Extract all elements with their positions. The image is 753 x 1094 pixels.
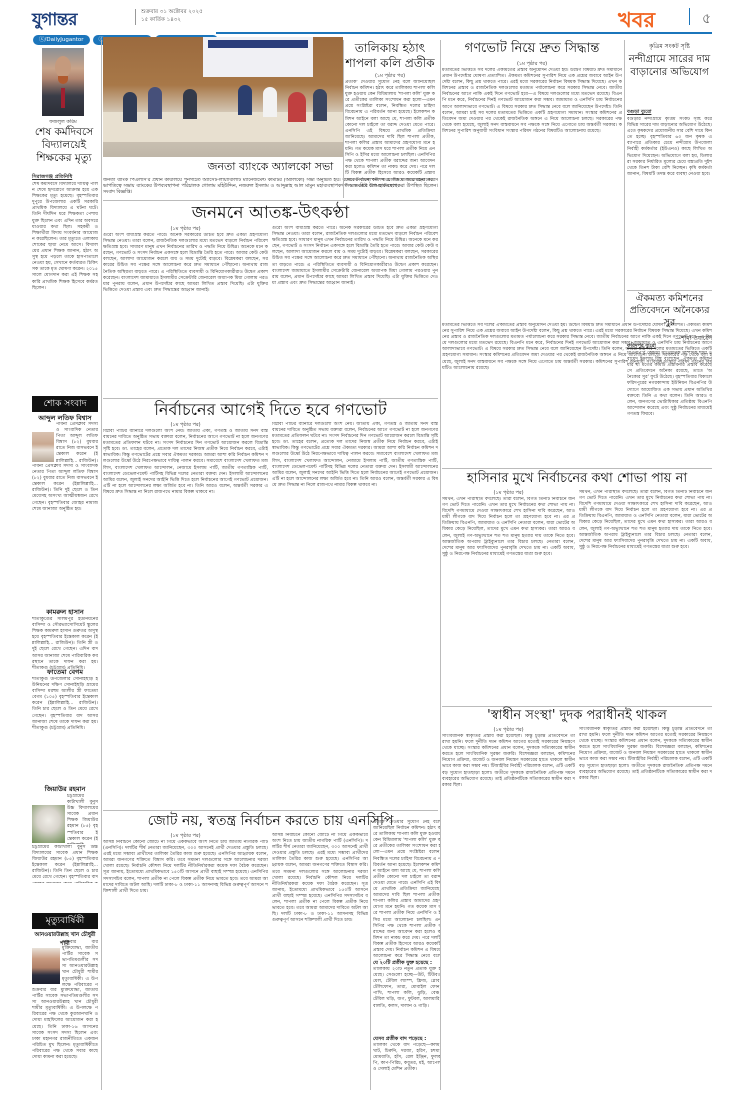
obituary-body: পাবনা প্রেসক্লাব সদস্য ও সাংবাদিক নেতার … xyxy=(56,422,98,464)
anniversary-body-cont: শুক্রবার বীর মুক্তিযোদ্ধা, জাতীয় পার্টি… xyxy=(32,988,98,1082)
sub-head-removed-symbols: যেসব প্রতীক বাদ পড়েছে : xyxy=(373,1036,441,1042)
article-body-col2: সাংবিধানিক স্বীকৃতির প্রস্তাব করা হয়েছি… xyxy=(579,727,712,1090)
date-gregorian: শুক্রবার ৩১ অক্টোবর ২০২৫ xyxy=(141,9,203,17)
added-symbols-list: তালিকায় ২০টি নতুন প্রতীক যুক্ত হয়েছে। … xyxy=(373,967,441,1035)
headline-talikay-line2[interactable]: শাপলা কলি প্রতীক xyxy=(345,57,435,71)
headline-gonovote[interactable]: গণভোট নিয়ে দ্রুত সিদ্ধান্ত xyxy=(442,42,622,57)
continued-label: (১ম পৃষ্ঠার পর) xyxy=(442,61,622,68)
divider xyxy=(442,468,712,469)
article-body: বিপ্লবী পার্টির ব্যানারে দলগুলো অংশ নেয়… xyxy=(103,429,268,805)
headline-oikkomotto[interactable]: ঐকমত্য কমিশনের প্রতিবেদনে অনৈক্যের সুর xyxy=(627,293,712,329)
continued-label: (১ম পৃষ্ঠার পর) xyxy=(103,833,268,840)
article-body: বগুড়ার নন্দীগ্রামে কৃত্রিম সংকট সৃষ্টি … xyxy=(627,117,712,289)
divider xyxy=(103,398,438,399)
obituary-section-header: শোক সংবাদ xyxy=(32,396,98,412)
continued-label: (১ম পৃষ্ঠার পর) xyxy=(442,490,575,497)
teacher-photo xyxy=(42,48,84,116)
janata-bank-meeting-photo xyxy=(103,37,343,157)
article-body: মতামতের ভিত্তিতে সব দলের ঐক্যমতের প্রস্ত… xyxy=(442,68,622,323)
twitter-link[interactable]: ⓧ/DailyJugantor xyxy=(33,35,90,45)
headline-nirbachoner-agei[interactable]: নির্বাচনের আগেই দিতে হবে গণভোট xyxy=(103,401,438,419)
obituary-body: শীতাকুণ্ড উপজেলার সোনাইছড়ি ইউনিয়নের দক… xyxy=(32,677,98,743)
sub-head-added-symbols: যে ২০টি প্রতীক যুক্ত হয়েছে : xyxy=(373,960,441,966)
obituary-body: চট্টগ্রামের কাটাখালী বুনুস উচ্চ বিদ্যালয… xyxy=(67,794,98,844)
divider xyxy=(627,290,712,291)
anniversary-section-header: মৃত্যুবার্ষিকী xyxy=(32,913,98,929)
obituary-name: কামরুল হাসান xyxy=(32,608,98,617)
removed-symbols-list: তালিকা থেকে বাদ পড়েছে—কলম, খাট, চিরুনি,… xyxy=(373,1043,441,1090)
column-divider xyxy=(370,820,371,1090)
article-body: আসন্ন নির্বাচনে কোনো জোটে না গিয়ে এককভা… xyxy=(103,840,268,1090)
continued-label: (১ম পৃষ্ঠার পর) xyxy=(442,727,575,734)
obituary-body: শীতাকুণ্ডের সলিমপুর ইউনিয়নের বাসিন্দা ও… xyxy=(32,617,98,669)
byline: বগুড়া ব্যুরো xyxy=(627,109,651,116)
obituary-name: জিয়াউর রহমান xyxy=(32,785,98,794)
headline-dudok[interactable]: 'স্বাধীন সংস্থা' দুদক পরাধীনই থাকল xyxy=(442,709,712,724)
headline-nandigram[interactable]: নন্দীগ্রামে সারের দাম বাড়ানোর অভিযোগ xyxy=(627,53,712,79)
article-body: গুরো অংশ বাধাগ্রস্ত করতে পারে। অনেক সরকা… xyxy=(103,233,268,395)
article-body-col2: বিপ্লবী পার্টির ব্যানারে দলগুলো অংশ নেয়… xyxy=(272,422,438,805)
article-body-cont: প্রতীক' দেওয়ার সুযোগ নেই বলে জানিয়েছিল… xyxy=(373,820,441,960)
divider xyxy=(442,706,712,707)
article-body: শেষ কর্মদিবসে বিদ্যালয়ে দায়িত্ব পালন শ… xyxy=(32,182,98,392)
anniversary-photo xyxy=(32,948,60,984)
headline-janamone[interactable]: জনমনে আতঙ্ক-উৎকণ্ঠা xyxy=(103,204,438,224)
section-title: খবর xyxy=(618,4,655,39)
article-body-col2: আসন্ন নির্বাচনে কোনো জোটে না গিয়ে এককভা… xyxy=(272,833,368,1090)
divider xyxy=(103,810,438,811)
obituary-photo xyxy=(32,805,65,843)
section-divider xyxy=(689,8,690,25)
article-body-col2: গুরো অংশ বাধাগ্রস্ত করতে পারে। অনেক সরকা… xyxy=(272,226,438,395)
obituary-photo xyxy=(32,432,54,462)
article-body-col2: সমর্থন, এখন পরিস্থিতি বদলেছে। তারা বলেন,… xyxy=(579,490,712,702)
article-body: প্রতীক' দেওয়ার সুযোগ নেই বলে জানিয়েছিল… xyxy=(345,80,435,198)
kicker: কৃত্রিম সংকট সৃষ্টি xyxy=(627,44,712,51)
article-body: বিএনপি'র কেন্দ্রীয় সাংগঠনিক সম্পাদক শাম… xyxy=(627,351,712,463)
article-body: সাংবিধানিক স্বীকৃতির প্রস্তাব করা হয়েছি… xyxy=(442,734,575,1090)
headline-talikay-line1[interactable]: তালিকায় হঠাৎ xyxy=(345,42,435,56)
masthead: যুগান্তর শুক্রবার ৩১ অক্টোবর ২০২৫ ১৫ কার… xyxy=(0,0,753,36)
anniversary-body: শুক্রবার বীর মুক্তিযোদ্ধা, জাতীয় পার্টি… xyxy=(62,940,98,986)
continued-label: (১ম পৃষ্ঠার পর) xyxy=(345,73,435,80)
column-divider xyxy=(440,40,441,1090)
date-bengali: ১৫ কার্তিক ১৪৩২ xyxy=(141,17,181,25)
column-divider xyxy=(624,40,625,322)
byline: ফরিদপুর ব্যুরো xyxy=(627,343,656,350)
obituary-body-cont: চট্টগ্রামের কাটাখালী বুনুস উচ্চ বিদ্যালয… xyxy=(32,845,98,883)
obituary-name: ফাতেমা বেগম xyxy=(32,668,98,677)
photo-caption: ফজলুল করিম xyxy=(32,119,94,125)
headline-hasina[interactable]: হাসিনার মুখে নির্বাচনের কথা শোভা পায় না xyxy=(442,472,712,487)
continued-label: (১ম পৃষ্ঠার পর) xyxy=(103,422,268,429)
column-divider xyxy=(101,40,102,1090)
divider xyxy=(103,200,438,201)
column-divider xyxy=(343,40,344,198)
article-body: সমর্থন, এখন পরিস্থিতি বদলেছে। তারা বলেন,… xyxy=(442,497,575,702)
logo-divider xyxy=(135,9,136,25)
headline-teacher-death[interactable]: শেষ কর্মদিবসে বিদ্যালয়েই শিক্ষকের মৃত্য… xyxy=(30,126,98,165)
obituary-body-cont: পাবনা প্রেসক্লাব সদস্য ও সাংবাদিক নেতার … xyxy=(32,464,98,572)
byline: সিরাজগঞ্জ প্রতিনিধি xyxy=(32,174,72,181)
page-number: ৫ xyxy=(702,7,711,31)
continued-label: (১ম পৃষ্ঠার পর) xyxy=(103,226,268,233)
